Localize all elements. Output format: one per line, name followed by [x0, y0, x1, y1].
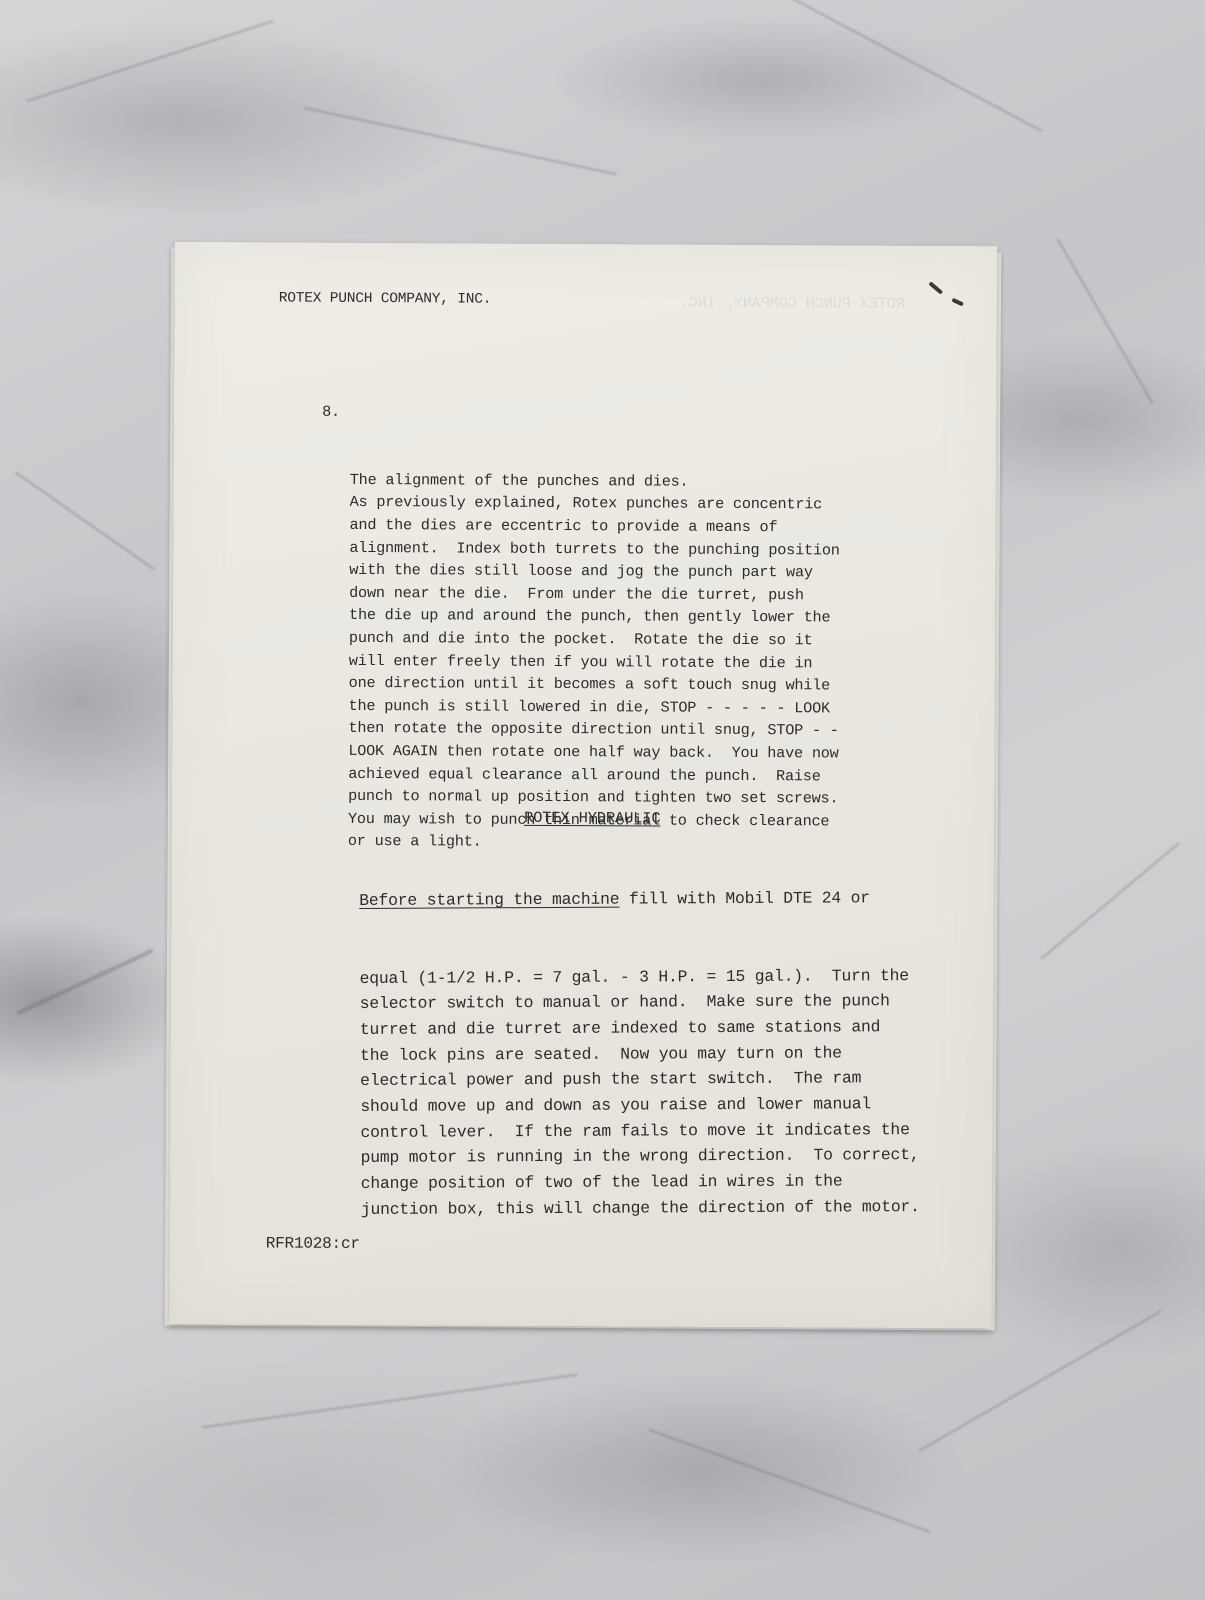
text-line: control lever. If the ram fails to move …: [360, 1117, 919, 1146]
hydraulic-paragraph: equal (1-1/2 H.P. = 7 gal. - 3 H.P. = 15…: [360, 963, 920, 1223]
marble-vein: [918, 1310, 1161, 1452]
hydraulic-first-line: Before starting the machine fill with Mo…: [359, 885, 918, 914]
footer-reference: RFR1028:cr: [266, 1234, 360, 1252]
text-line: and the dies are eccentric to provide a …: [349, 514, 839, 539]
item-number: 8.: [322, 401, 340, 424]
text-line: the punch is still lowered in die, STOP …: [349, 695, 839, 720]
lead-in-underlined: Before starting the machine: [359, 890, 619, 910]
marble-vein: [303, 107, 616, 175]
text-line: then rotate the opposite direction until…: [348, 717, 838, 742]
text-line: alignment. Index both turrets to the pun…: [349, 536, 839, 561]
text-line: pump motor is running in the wrong direc…: [361, 1142, 920, 1171]
text-line: one direction until it becomes a soft to…: [349, 672, 839, 697]
text-line: the lock pins are seated. Now you may tu…: [360, 1040, 919, 1069]
text-line: selector switch to manual or hand. Make …: [360, 988, 919, 1017]
document-page: ROTEX PUNCH COMPANY, INC. ROTEX PUNCH CO…: [169, 242, 997, 1328]
text-line: equal (1-1/2 H.P. = 7 gal. - 3 H.P. = 15…: [360, 963, 919, 992]
marble-vein: [15, 471, 155, 570]
letterhead: ROTEX PUNCH COMPANY, INC.: [279, 291, 492, 308]
staple-mark-icon: [928, 281, 943, 294]
text-line: change position of two of the lead in wi…: [361, 1168, 920, 1197]
first-line-rest: fill with Mobil DTE 24 or: [619, 889, 870, 909]
text-line: punch and die into the pocket. Rotate th…: [349, 627, 839, 652]
text-line: The alignment of the punches and dies.: [350, 469, 840, 494]
hydraulic-section: Before starting the machine fill with Mo…: [359, 834, 920, 1274]
marble-vein: [16, 948, 154, 1015]
alignment-paragraph: The alignment of the punches and dies.As…: [348, 469, 840, 856]
text-line: junction box, this will change the direc…: [361, 1194, 920, 1223]
marble-vein: [202, 1374, 579, 1429]
text-line: down near the die. From under the die tu…: [349, 582, 839, 607]
marble-vein: [1057, 238, 1154, 404]
text-line: turret and die turret are indexed to sam…: [360, 1014, 919, 1043]
text-line: the die up and around the punch, then ge…: [349, 604, 839, 629]
section-title-hydraulic: ROTEX HYDRAULIC: [524, 809, 661, 828]
text-line: achieved equal clearance all around the …: [348, 762, 838, 787]
text-line: LOOK AGAIN then rotate one half way back…: [348, 740, 838, 765]
bleed-through-header: ROTEX PUNCH COMPANY, INC.: [680, 295, 905, 313]
marble-vein: [26, 20, 274, 102]
marble-vein: [649, 1429, 932, 1533]
staple-mark-icon: [951, 298, 964, 307]
text-line: electrical power and push the start swit…: [360, 1065, 919, 1094]
text-line: should move up and down as you raise and…: [360, 1091, 919, 1120]
text-line: As previously explained, Rotex punches a…: [350, 491, 840, 516]
text-line: punch to normal up position and tighten …: [348, 785, 838, 810]
text-line: will enter freely then if you will rotat…: [349, 649, 839, 674]
marble-vein: [777, 0, 1043, 132]
text-line: with the dies still loose and jog the pu…: [349, 559, 839, 584]
marble-vein: [1040, 842, 1179, 959]
